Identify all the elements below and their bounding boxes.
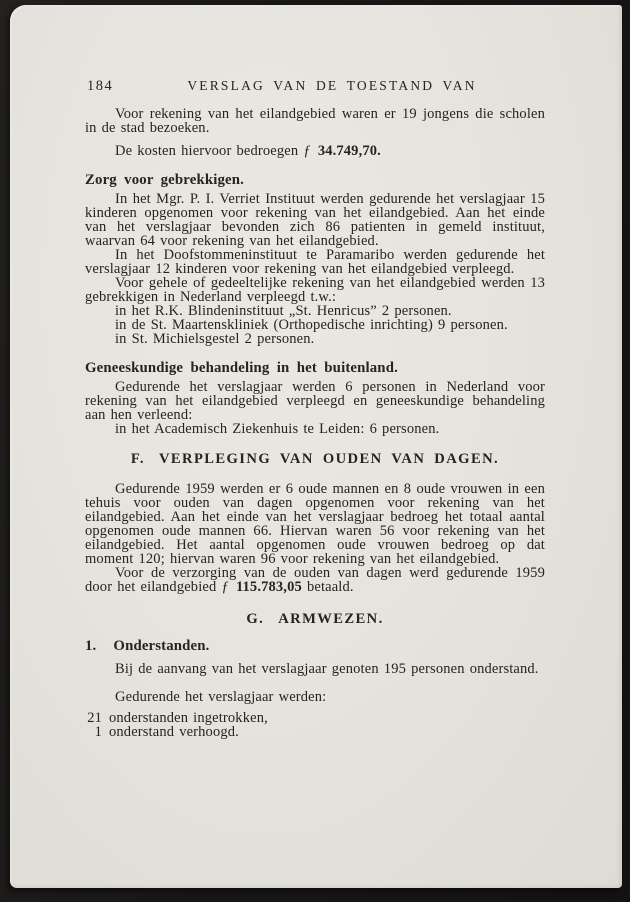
list-item-maartenskliniek: in de St. Maartenskliniek (Orthopedische…: [85, 318, 545, 332]
section-letter-f: F.: [131, 451, 145, 467]
mutatie-text: onderstand verhoogd.: [109, 726, 239, 740]
paragraph-doofstommeninstituut: In het Doofstommeninstituut te Paramarib…: [85, 248, 545, 276]
paragraph-onderstand: Bij de aanvang van het verslagjaar genot…: [85, 662, 545, 676]
section-letter-g: G.: [246, 611, 264, 627]
mutatie-line-verhoogd: 1 onderstand verhoogd.: [85, 726, 545, 740]
paragraph-geneeskundig: Gedurende het verslagjaar werden 6 perso…: [85, 380, 545, 422]
list-item-michielsgestel: in St. Michielsgestel 2 personen.: [85, 332, 545, 346]
verzorging-suffix: betaald.: [307, 579, 354, 595]
paragraph-verpleging: Gedurende 1959 werden er 6 oude mannen e…: [85, 482, 545, 566]
paragraph-kosten: De kosten hiervoor bedroegen ƒ 34.749,70…: [85, 144, 545, 158]
heading-armwezen: G.ARMWEZEN.: [85, 612, 545, 626]
heading-onderstanden: 1.Onderstanden.: [85, 639, 545, 653]
paragraph-gebrekkigen: Voor gehele of gedeeltelijke rekening va…: [85, 276, 545, 304]
section-title-armwezen: ARMWEZEN.: [278, 611, 383, 627]
running-title: VERSLAG VAN DE TOESTAND VAN: [187, 78, 476, 93]
mutatie-count: 1: [85, 726, 102, 740]
heading-title-onderstanden: Onderstanden.: [113, 638, 209, 654]
page-sheet: 184 VERSLAG VAN DE TOESTAND VAN Voor rek…: [10, 5, 622, 888]
paragraph-verriet-instituut: In het Mgr. P. I. Verriet Instituut werd…: [85, 192, 545, 248]
paragraph-verzorging: Voor de verzorging van de ouden van dage…: [85, 566, 545, 594]
paragraph-intro: Voor rekening van het eilandgebied waren…: [85, 107, 545, 135]
guilder-sign: ƒ: [221, 579, 228, 595]
scan-background: 184 VERSLAG VAN DE TOESTAND VAN Voor rek…: [0, 0, 630, 902]
heading-geneeskundige-behandeling: Geneeskundige behandeling in het buitenl…: [85, 361, 545, 375]
page-content: 184 VERSLAG VAN DE TOESTAND VAN Voor rek…: [85, 79, 545, 739]
guilder-sign: ƒ: [303, 143, 310, 159]
page-header: 184 VERSLAG VAN DE TOESTAND VAN: [85, 79, 545, 93]
paragraph-mutaties-intro: Gedurende het verslagjaar werden:: [85, 690, 545, 704]
heading-zorg-voor-gebrekkigen: Zorg voor gebrekkigen.: [85, 173, 545, 187]
verzorging-amount: 115.783,05: [236, 579, 302, 595]
kosten-amount: 34.749,70.: [318, 143, 381, 159]
page-number: 184: [87, 79, 113, 93]
list-item-blindeninstituut: in het R.K. Blindeninstituut „St. Henric…: [85, 304, 545, 318]
list-item-academisch-ziekenhuis: in het Academisch Ziekenhuis te Leiden: …: [85, 422, 545, 436]
heading-verpleging-ouden-van-dagen: F.VERPLEGING VAN OUDEN VAN DAGEN.: [85, 452, 545, 466]
heading-number: 1.: [85, 638, 96, 654]
section-title-verpleging: VERPLEGING VAN OUDEN VAN DAGEN.: [159, 451, 499, 467]
kosten-text: De kosten hiervoor bedroegen: [115, 143, 298, 159]
